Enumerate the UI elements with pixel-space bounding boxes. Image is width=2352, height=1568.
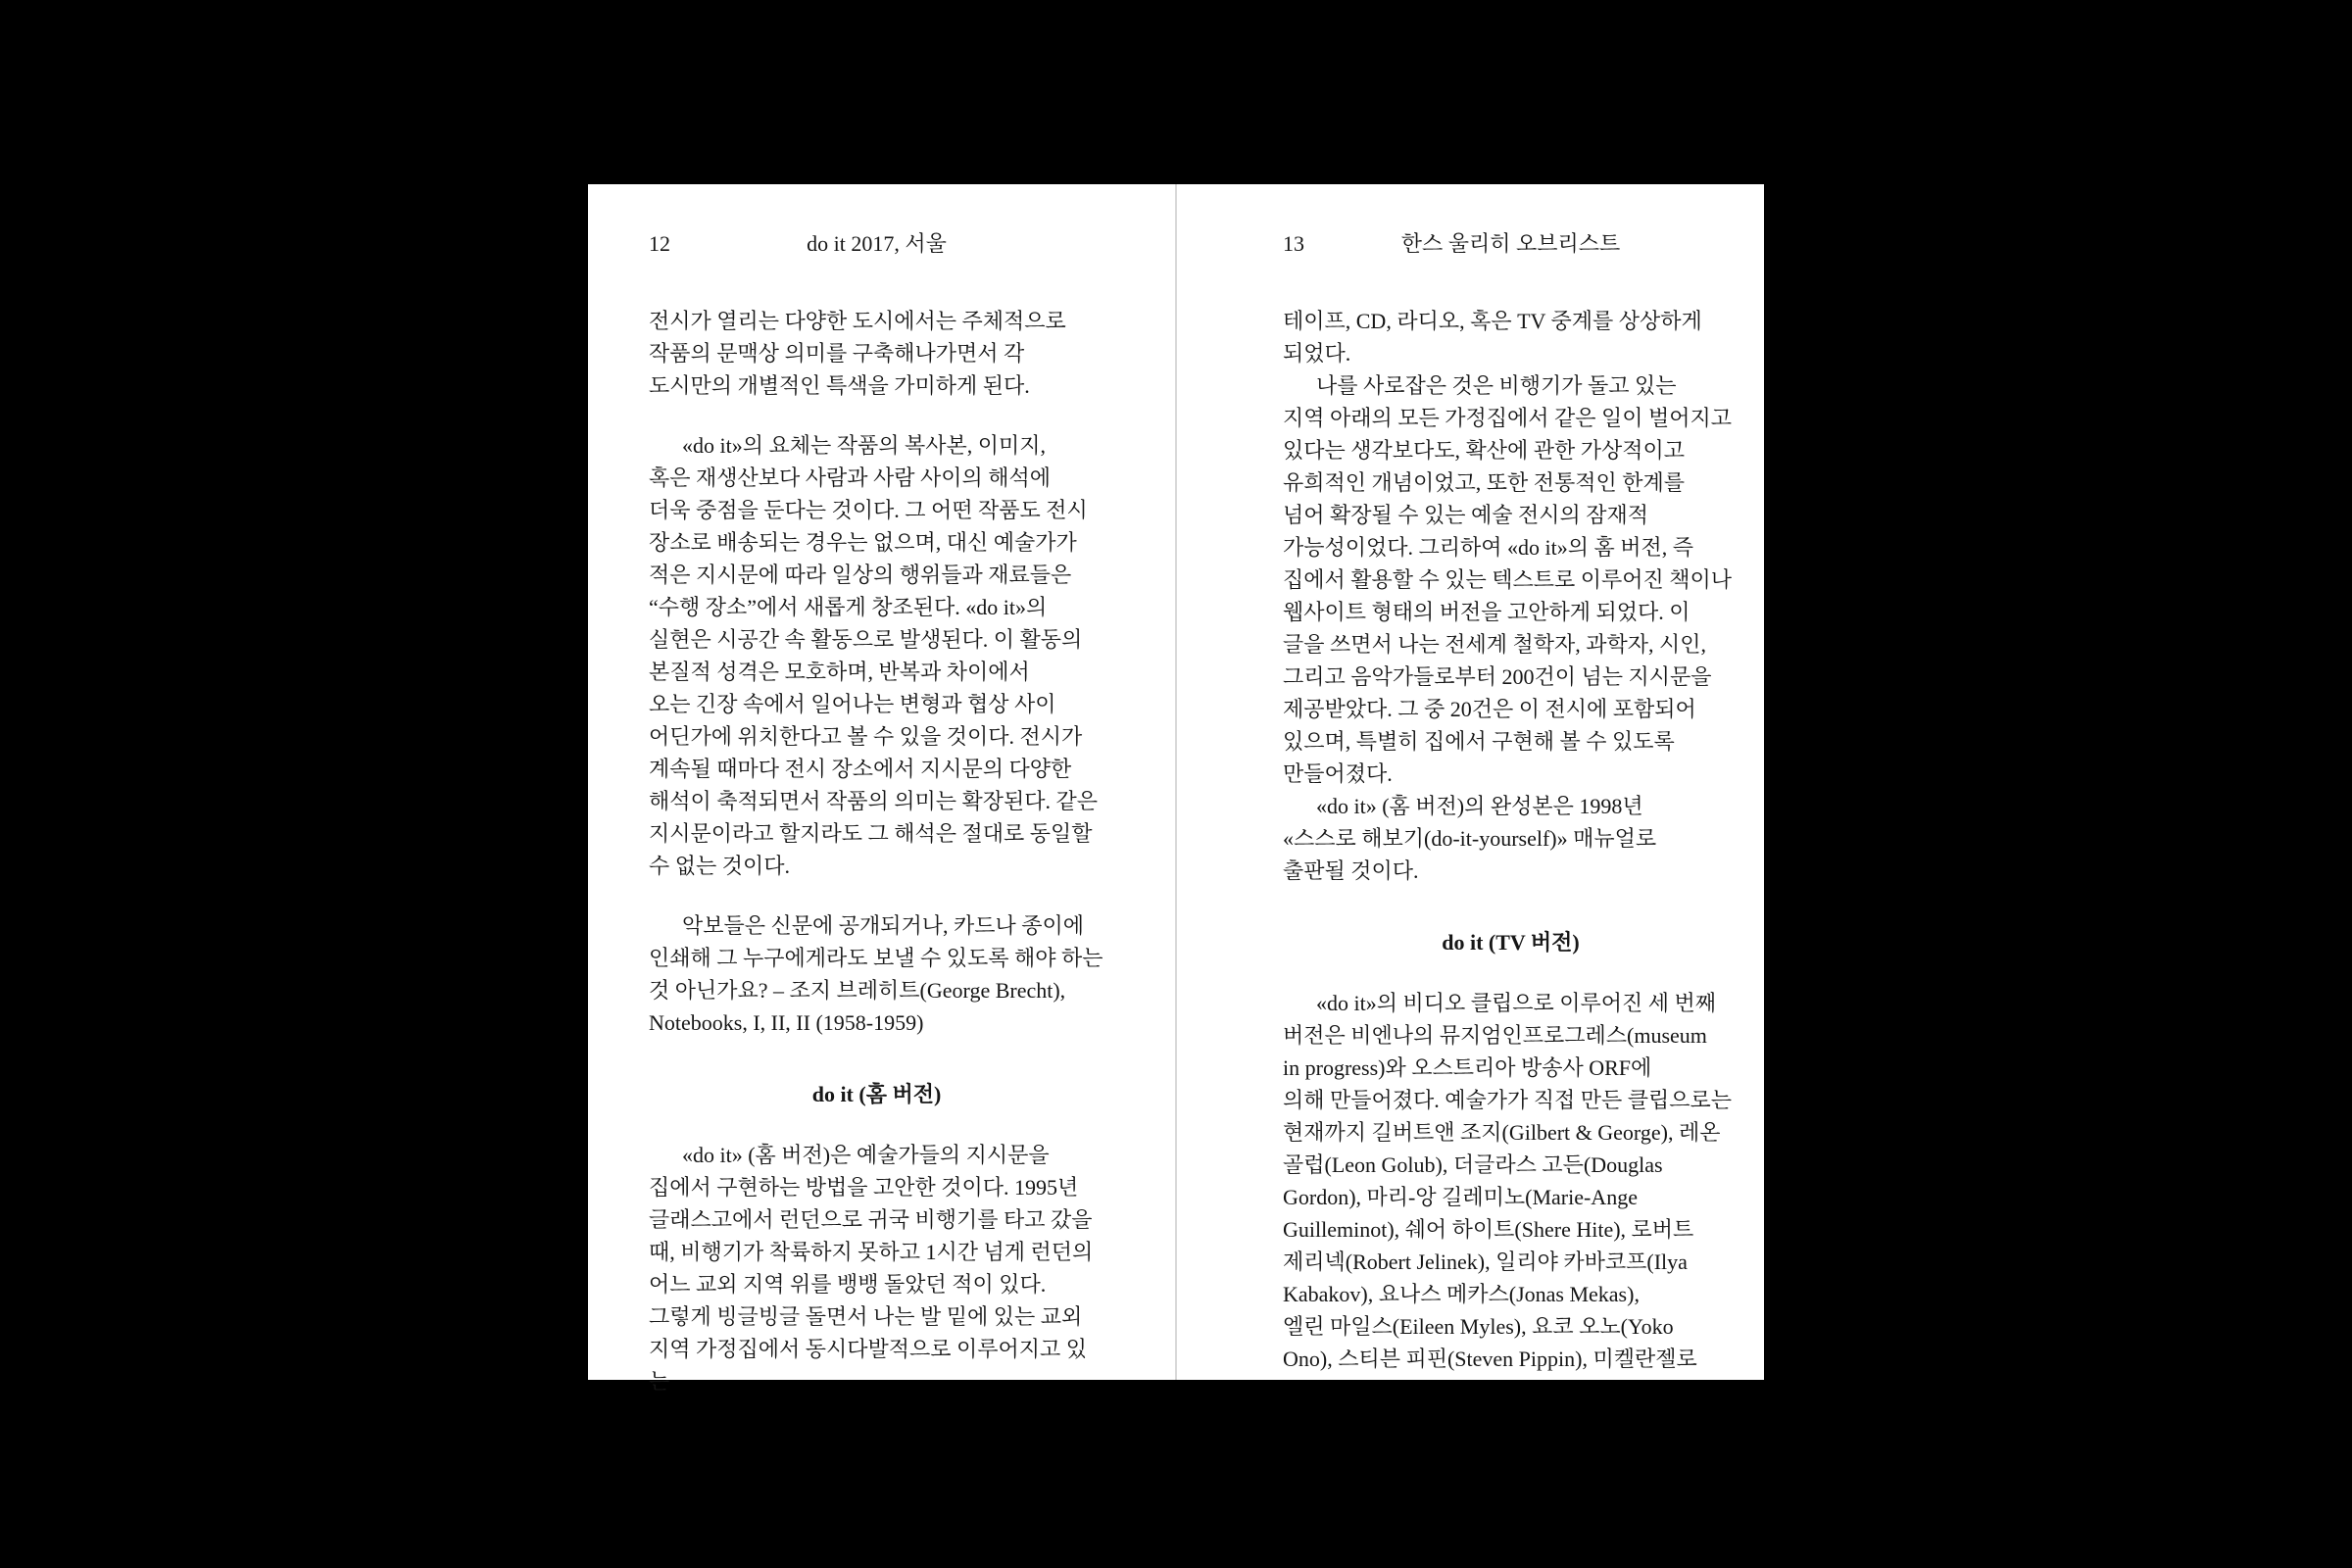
left-page-content: 12 do it 2017, 서울 전시가 열리는 다양한 도시에서는 주체적으… xyxy=(649,227,1104,1397)
left-paragraph-2: «do it»의 요체는 작품의 복사본, 이미지, 혹은 재생산보다 사람과 … xyxy=(649,429,1104,882)
left-page-header: 12 do it 2017, 서울 xyxy=(649,227,1104,260)
right-page-content: 13 한스 울리히 오브리스트 테이프, CD, 라디오, 혹은 TV 중계를 … xyxy=(1283,227,1739,1375)
right-paragraph-3: «do it» (홈 버전)의 완성본은 1998년 «스스로 해보기(do-i… xyxy=(1283,790,1739,887)
right-paragraph-1: 테이프, CD, 라디오, 혹은 TV 중계를 상상하게 되었다. xyxy=(1283,305,1739,369)
left-paragraph-3: «do it» (홈 버전)은 예술가들의 지시문을 집에서 구현하는 방법을 … xyxy=(649,1139,1104,1397)
section-heading-tv-version: do it (TV 버전) xyxy=(1283,926,1739,958)
right-page-number: 13 xyxy=(1283,227,1304,260)
right-paragraph-4: «do it»의 비디오 클립으로 이루어진 세 번째 버전은 비엔나의 뮤지엄… xyxy=(1283,987,1739,1375)
left-page-body: 전시가 열리는 다양한 도시에서는 주체적으로 작품의 문맥상 의미를 구축해나… xyxy=(649,305,1104,1397)
right-paragraph-2: 나를 사로잡은 것은 비행기가 돌고 있는 지역 아래의 모든 가정집에서 같은… xyxy=(1283,369,1739,790)
left-page: 12 do it 2017, 서울 전시가 열리는 다양한 도시에서는 주체적으… xyxy=(588,184,1175,1380)
right-page: 13 한스 울리히 오브리스트 테이프, CD, 라디오, 혹은 TV 중계를 … xyxy=(1177,184,1764,1380)
black-background: 12 do it 2017, 서울 전시가 열리는 다양한 도시에서는 주체적으… xyxy=(0,0,2352,1568)
left-quote-paragraph: 악보들은 신문에 공개되거나, 카드나 종이에 인쇄해 그 누구에게라도 보낼 … xyxy=(649,909,1104,1039)
right-running-head: 한스 울리히 오브리스트 xyxy=(1283,227,1739,260)
left-running-head: do it 2017, 서울 xyxy=(649,227,1104,260)
book-spread: 12 do it 2017, 서울 전시가 열리는 다양한 도시에서는 주체적으… xyxy=(588,184,1764,1380)
section-heading-home-version: do it (홈 버전) xyxy=(649,1078,1104,1110)
right-page-body: 테이프, CD, 라디오, 혹은 TV 중계를 상상하게 되었다. 나를 사로잡… xyxy=(1283,305,1739,1375)
left-paragraph-1: 전시가 열리는 다양한 도시에서는 주체적으로 작품의 문맥상 의미를 구축해나… xyxy=(649,305,1104,402)
left-page-number: 12 xyxy=(649,227,670,260)
right-page-header: 13 한스 울리히 오브리스트 xyxy=(1283,227,1739,260)
